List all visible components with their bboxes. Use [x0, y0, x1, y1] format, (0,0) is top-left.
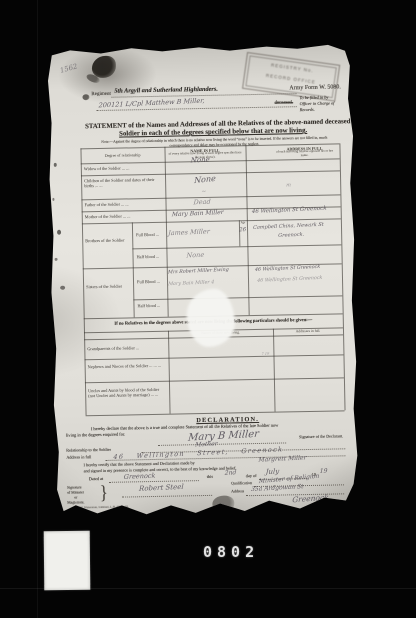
film-splice-patch [44, 531, 91, 590]
dated-at-label: Dated at [89, 477, 104, 482]
paper-damage-blob [186, 288, 235, 347]
entry-sister-name-line2: Mary Bain Miller 4 [168, 281, 214, 288]
table-line [81, 194, 340, 200]
minister-address-value2: Greenock [292, 494, 329, 504]
minister-label-line3: or [74, 495, 77, 499]
certify-name: Margrett Miller [258, 455, 306, 463]
entry-mother-address: 46 Wellington St Greenock [252, 207, 327, 216]
table-line [85, 354, 344, 360]
dated-place-rule [109, 480, 199, 483]
table-line [339, 143, 345, 410]
row-label-grandparents: Grandparents of the Soldier ... [87, 345, 165, 352]
declaration-body-line2: living in the degrees enquired for. [66, 431, 125, 437]
entry-widow-name: None [191, 157, 210, 165]
sub-label-brothers-half: Half blood ... [136, 254, 166, 260]
soldier-number-name: 200121 L/Cpl Matthew B Miller, [98, 98, 204, 109]
declarant-signature-label: Signature of the Declarant. [299, 434, 343, 440]
relationship-label: Relationship to the Soldier [66, 448, 111, 454]
entry-sister-address-line1: 46 Wellington St Greenock [255, 266, 321, 274]
deceased-label: deceased. [275, 100, 294, 106]
row-label-widow: Widow of the Soldier ... ... [84, 165, 163, 172]
dated-day-value: 2nd [225, 470, 237, 477]
edge-speck [52, 198, 54, 201]
scanned-document: 1562 REGISTRY No. RECORD OFFICE Army For… [46, 42, 362, 518]
edge-speck [54, 163, 57, 167]
sub-header-addresses: Addresses in full. [273, 328, 343, 333]
minister-address-value: 35a Ardgowan St [251, 484, 304, 493]
minister-label-line4: Magistrate. [67, 500, 84, 505]
age-box-label: Age [239, 221, 247, 225]
minister-signature: Robert Steel [139, 484, 184, 493]
regiment-label: Regiment [91, 92, 111, 98]
certify-line2: and signed in my presence is complete an… [84, 466, 237, 474]
row-label-children: Children of the Soldier and dates of the… [84, 177, 160, 189]
frame-counter: 0802 [203, 543, 259, 561]
margin-mark: 7 19 [261, 353, 269, 357]
entry-children-mark: ~ [201, 189, 206, 195]
entry-sister-name-line1: Mrs Robert Miller Ewing [168, 269, 229, 277]
entry-brother-age: 26 [239, 228, 246, 234]
relatives-table: Degree of relationship NAME IN FULL of e… [80, 143, 344, 415]
row-label-brothers: Brothers of the Soldier [85, 237, 127, 243]
table-line [168, 331, 171, 414]
entry-brother-half-name: None [186, 252, 204, 259]
sub-label-brothers-full: Full Blood ... [136, 232, 166, 238]
entry-brother-address-line1: Campbell China, Newark St [253, 223, 324, 231]
entry-children-addr-mark: m [286, 183, 291, 188]
ink-speck [82, 94, 89, 100]
table-line [81, 158, 340, 164]
microfilm-frame: 1562 REGISTRY No. RECORD OFFICE Army For… [0, 0, 416, 618]
col-header-degree: Degree of relationship [83, 152, 163, 159]
sub-label-sisters-full: Full Blood ... [137, 279, 167, 285]
entry-mother-name: Mary Bain Miller [172, 210, 224, 218]
table-line [132, 222, 135, 317]
form-number: Army Form W. 5080. [289, 84, 341, 92]
table-line [85, 377, 344, 383]
entry-brother-name: James Miller [168, 228, 210, 236]
entry-children-name: None [194, 175, 216, 185]
entry-father-name: Dead [193, 199, 210, 206]
day-of-label: day of [246, 474, 257, 479]
fill-note-line3: Records. [300, 108, 315, 113]
row-label-nephews: Nephews and Nieces of the Soldier ... ..… [88, 363, 162, 370]
this-label: this [207, 475, 213, 480]
minister-brace: } [100, 483, 108, 505]
table-line [133, 295, 342, 300]
minister-label-line1: Signature [67, 485, 82, 490]
edge-speck [57, 230, 61, 235]
bottom-stain-smear [202, 507, 234, 516]
ink-blob [92, 56, 116, 78]
dated-year-value: 19 [320, 469, 328, 475]
edge-speck [55, 258, 58, 261]
sub-label-sisters-half: Half blood ... [137, 303, 167, 309]
dated-place-value: Greenock [124, 473, 156, 481]
row-label-father: Father of the Soldier ... ... [84, 201, 163, 208]
row-label-uncles: Uncles and Aunts by blood of the Soldier… [88, 387, 160, 399]
dated-month-value: July [266, 468, 280, 476]
table-line [132, 244, 341, 249]
row-label-sisters: Sisters of the Soldier [86, 283, 128, 289]
entry-brother-address-line2: Greenock. [278, 233, 304, 239]
minister-label-line2: of Minister [67, 490, 84, 495]
pencil-frame-number: 1562 [59, 63, 78, 74]
table-line [273, 329, 276, 412]
address-label: Address in full [66, 455, 91, 460]
bottom-stain [212, 495, 234, 511]
film-edge-line [37, 0, 38, 618]
regiment-value: 5th Argyll and Sutherland Highlanders. [114, 86, 218, 95]
entry-sister-address-line2: 46 Wellington St Greenock [257, 277, 323, 285]
minister-address-label: Address [231, 489, 244, 494]
edge-speck [60, 286, 65, 290]
col-header-addr-sub: of each surviving relative opposite his … [274, 149, 336, 158]
qualification-label: Qualification [231, 481, 252, 486]
minister-signature-rule [122, 495, 212, 498]
row-label-mother: Mother of the Soldier ... ... [85, 213, 164, 220]
printer-imprint: Wt. W. Waterston, Limited, L.B. 63. 7. 1… [74, 505, 128, 510]
